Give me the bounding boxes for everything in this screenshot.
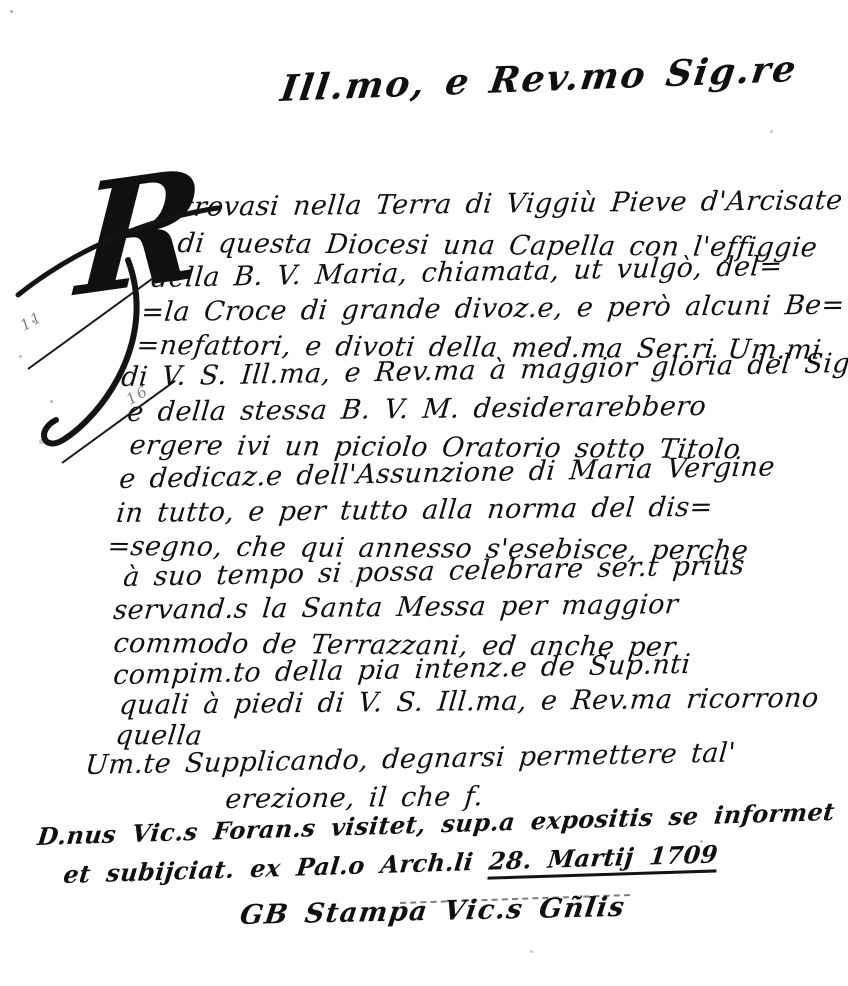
rescript-date: 28. Martij 1709 bbox=[487, 839, 719, 879]
manuscript-line: servand.s la Santa Messa per maggior bbox=[112, 589, 680, 626]
scan-noise bbox=[10, 10, 13, 13]
signature: GB Stampa Vic.s Gñlis bbox=[238, 892, 627, 931]
rescript-text: et subijciat. ex Pal.o Arch.li bbox=[62, 847, 491, 889]
manuscript-line: in tutto, e per tutto alla norma del dis… bbox=[115, 492, 714, 529]
manuscript-line: =la Croce di grande divoz.e, e però alcu… bbox=[140, 290, 846, 328]
manuscript-line: quali à piedi di V. S. Ill.ma, e Rev.ma … bbox=[118, 683, 820, 721]
manuscript-line: e della stessa B. V. M. desiderarebbero bbox=[126, 391, 708, 428]
salutation-line: Ill.mo, e Rev.mo Sig.re bbox=[278, 48, 800, 110]
manuscript-page: Ill.mo, e Rev.mo Sig.re R 11 16 itrovasi… bbox=[0, 0, 848, 986]
manuscript-line: quella bbox=[114, 720, 204, 752]
manuscript-line: itrovasi nella Terra di Viggiù Pieve d'A… bbox=[172, 185, 844, 223]
